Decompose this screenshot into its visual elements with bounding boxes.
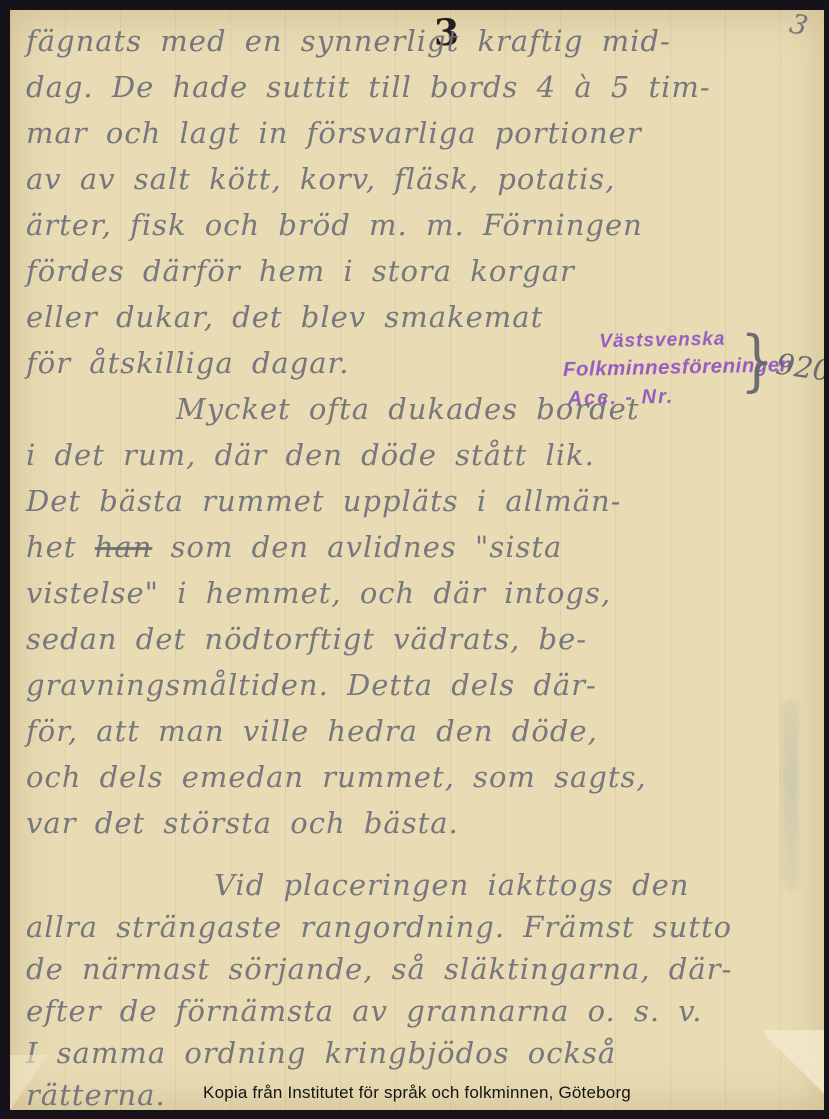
manuscript-line: ärter, fisk och bröd m. m. Förningen — [26, 202, 820, 248]
line-segment: som den avlidnes "sista — [152, 530, 562, 564]
manuscript-line: vistelse" i hemmet, och där intogs, — [26, 570, 820, 616]
manuscript-line: Det bästa rummet uppläts i allmän- — [26, 478, 820, 524]
stamp-org-name-2: Folkminnesföreningen — [563, 354, 763, 382]
brace-mark: } — [740, 328, 774, 394]
manuscript-line: för, att man ville hedra den döde, — [26, 708, 820, 754]
manuscript-line: och dels emedan rummet, som sagts, — [26, 754, 820, 800]
manuscript-line: mar och lagt in försvarliga portioner — [26, 110, 820, 156]
manuscript-line: dag. De hade suttit till bords 4 à 5 tim… — [26, 64, 820, 110]
archive-caption: Kopia från Institutet för språk och folk… — [10, 1083, 824, 1103]
manuscript-line: Vid placeringen iakttogs den — [26, 864, 820, 906]
manuscript-page: 3 3 fägnats med en synnerligt kraftig mi… — [10, 10, 824, 1110]
manuscript-line: fördes därför hem i stora korgar — [26, 248, 820, 294]
manuscript-line: gravningsmåltiden. Detta dels där- — [26, 662, 820, 708]
ink-bleed-smudge — [782, 700, 798, 890]
manuscript-line: fägnats med en synnerligt kraftig mid- — [26, 18, 820, 64]
manuscript-line-with-strikethrough: het han som den avlidnes "sista — [26, 524, 820, 570]
handwritten-text-block: fägnats med en synnerligt kraftig mid- d… — [26, 18, 820, 1110]
manuscript-line: i det rum, där den döde stått lik. — [26, 432, 820, 478]
manuscript-line: I samma ordning kringbjödos också — [26, 1032, 820, 1074]
manuscript-line: sedan det nödtorftigt vädrats, be- — [26, 616, 820, 662]
struck-word: han — [95, 530, 153, 564]
stamp-acc-nr-label: Acc. - Nr. — [567, 384, 763, 411]
accession-number: 920. — [774, 347, 824, 390]
accession-stamp: Västsvenska Folkminnesföreningen Acc. - … — [562, 328, 764, 411]
paragraph-2: Mycket ofta dukades bordet i det rum, dä… — [26, 386, 820, 846]
accession-number-group: } 920. — [736, 328, 824, 394]
manuscript-line: av av salt kött, korv, fläsk, potatis, — [26, 156, 820, 202]
paragraph-3: Vid placeringen iakttogs den allra strän… — [26, 864, 820, 1110]
manuscript-line: var det största och bästa. — [26, 800, 820, 846]
manuscript-line: efter de förnämsta av grannarna o. s. v. — [26, 990, 820, 1032]
stamp-org-name-1: Västsvenska — [562, 328, 762, 354]
line-segment: het — [26, 530, 95, 564]
manuscript-line: allra strängaste rangordning. Främst sut… — [26, 906, 820, 948]
manuscript-line: de närmast sörjande, så släktingarna, dä… — [26, 948, 820, 990]
